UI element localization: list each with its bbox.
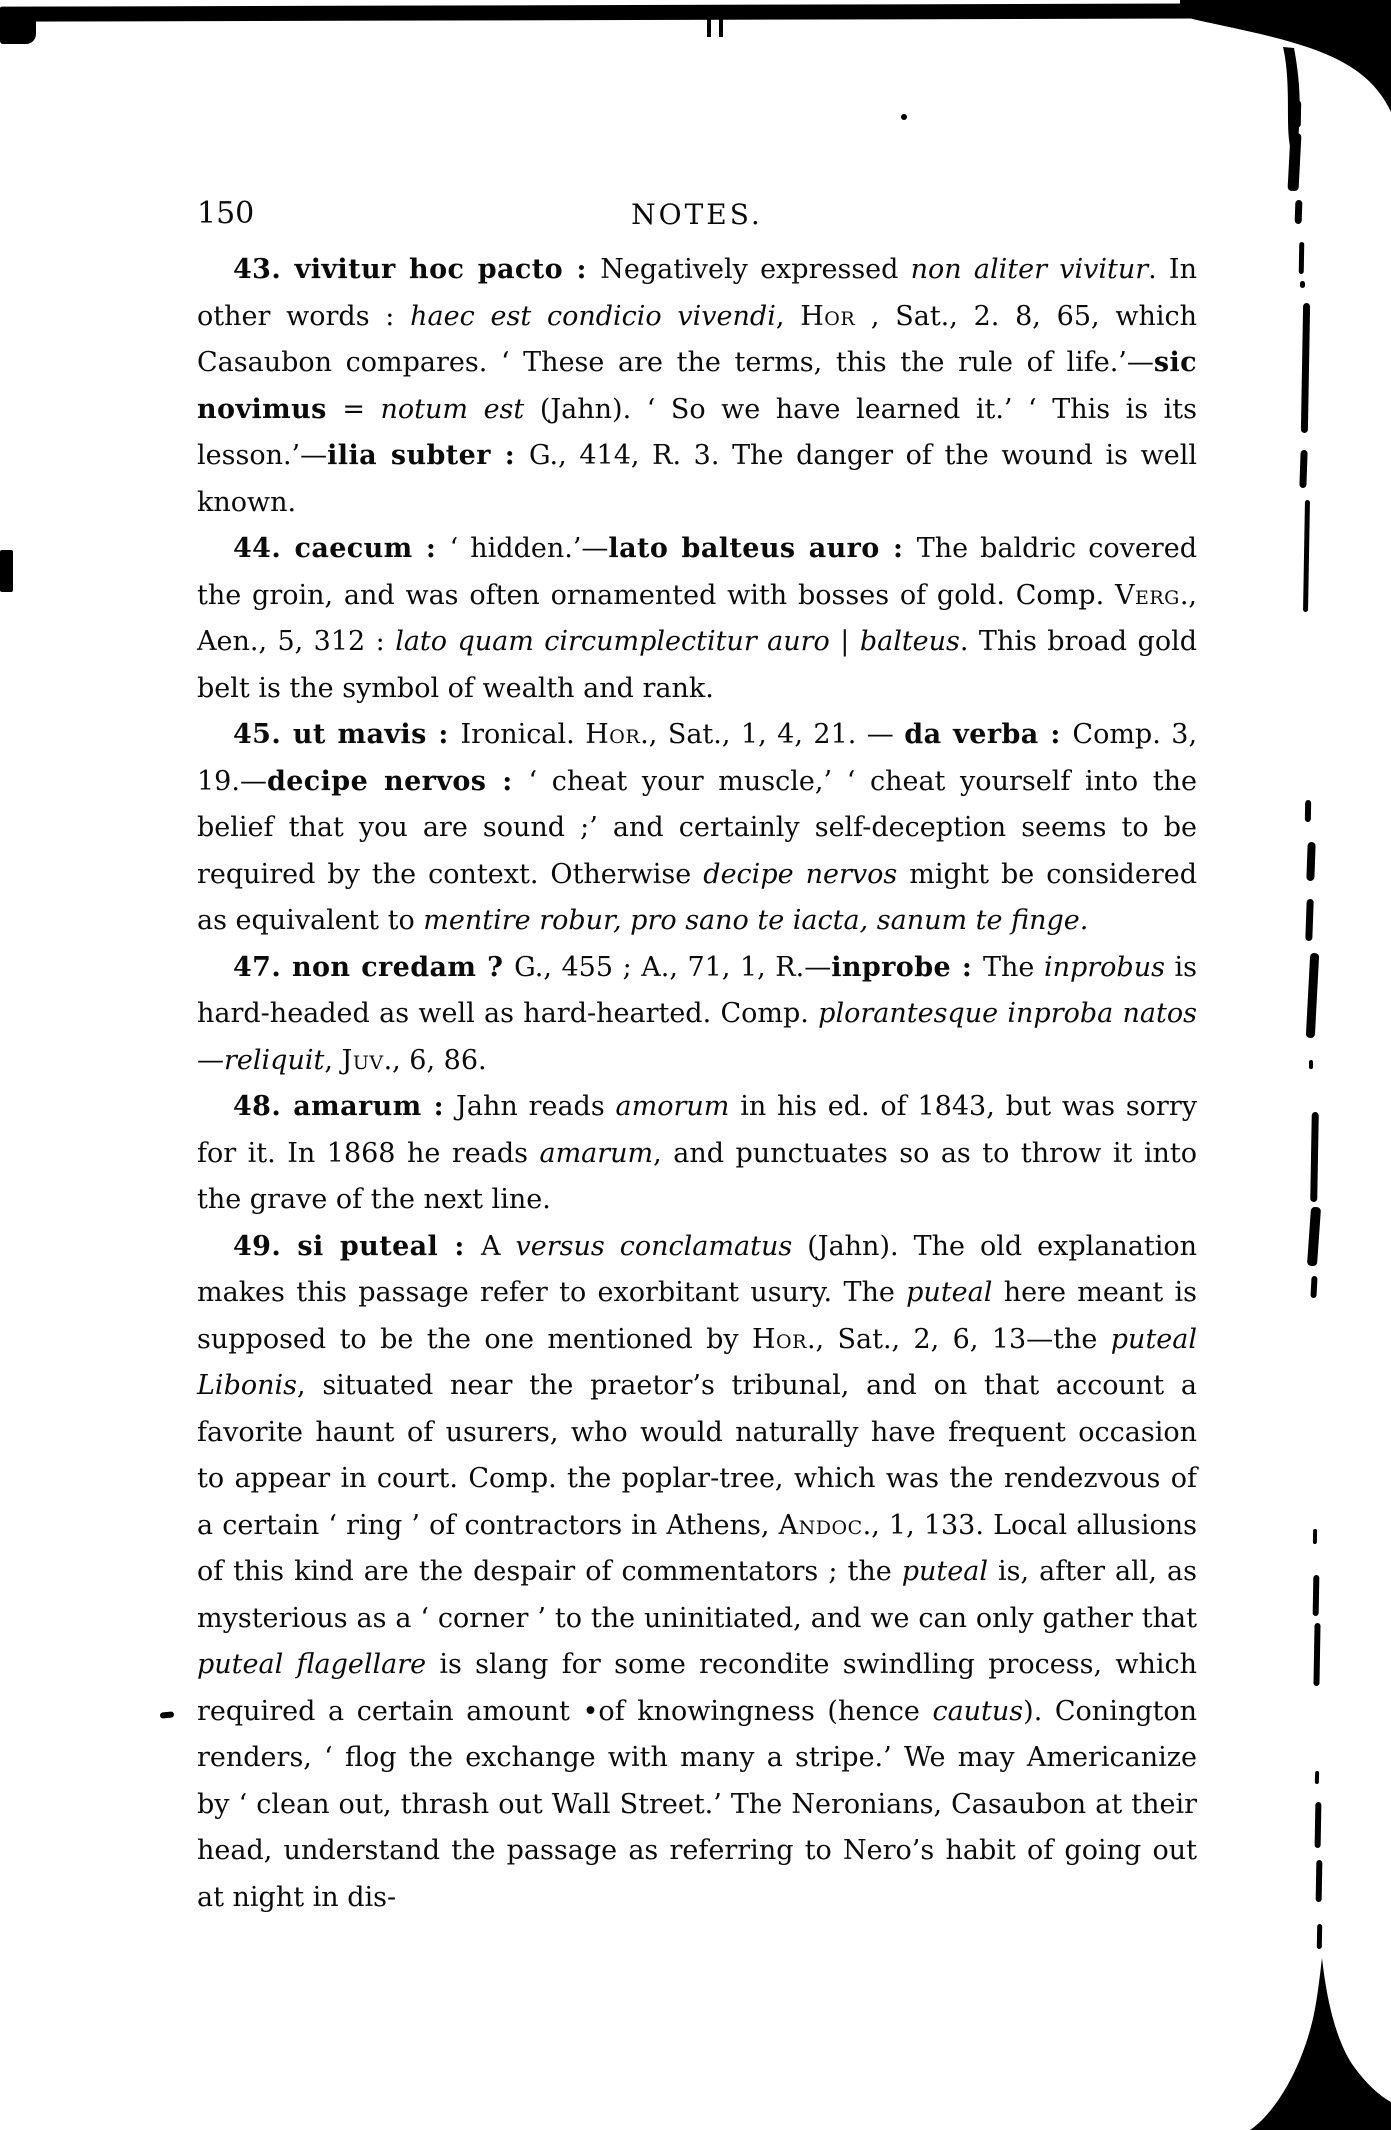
binding-shadow-mark bbox=[1309, 1060, 1313, 1069]
binding-shadow-mark bbox=[1313, 1575, 1320, 1616]
binding-shadow-mark bbox=[1310, 1112, 1319, 1202]
binding-shadow-mark bbox=[1299, 242, 1305, 274]
scan-top-left-blob bbox=[0, 16, 36, 44]
binding-shadow-mark bbox=[1299, 450, 1307, 488]
margin-dash-mark bbox=[160, 1711, 175, 1718]
binding-shadow-mark bbox=[1316, 1860, 1323, 1902]
note-47: 47. non credam ? G., 455 ; A., 71, 1, R.… bbox=[197, 945, 1197, 1085]
binding-shadow-mark bbox=[1305, 800, 1311, 822]
scan-top-edge-band bbox=[0, 3, 1262, 21]
binding-shadow-mark bbox=[1315, 1771, 1319, 1784]
binding-shadow-mark bbox=[1307, 1207, 1321, 1267]
binding-shadow-mark bbox=[1303, 500, 1310, 612]
binding-shadow-mark bbox=[1310, 1276, 1317, 1298]
scan-corner-fold-top-right bbox=[1180, 0, 1391, 200]
ink-dot bbox=[901, 114, 907, 120]
binding-shadow-mark bbox=[1306, 953, 1319, 1038]
scan-tick-mark bbox=[707, 12, 711, 37]
notes-body: 43. vivitur hoc pacto : Negatively expre… bbox=[197, 247, 1197, 1921]
note-43: 43. vivitur hoc pacto : Negatively expre… bbox=[197, 247, 1197, 526]
binding-shadow-mark bbox=[1313, 1623, 1320, 1686]
binding-shadow-mark bbox=[1306, 842, 1315, 881]
binding-shadow-mark bbox=[1295, 200, 1303, 224]
margin-ink-mark bbox=[0, 550, 13, 592]
binding-shadow-mark bbox=[1300, 281, 1305, 288]
binding-shadow-mark bbox=[1301, 303, 1310, 433]
binding-shadow-mark bbox=[1293, 100, 1301, 128]
note-44: 44. caecum : ‘ hidden.’—lato balteus aur… bbox=[197, 526, 1197, 712]
running-head: NOTES. bbox=[197, 198, 1197, 231]
scan-corner-fold-bottom-right bbox=[1240, 1952, 1391, 2130]
note-49: 49. si puteal : A versus conclamatus (Ja… bbox=[197, 1224, 1197, 1922]
note-45: 45. ut mavis : Ironical. Hor., Sat., 1, … bbox=[197, 712, 1197, 945]
binding-shadow-mark bbox=[1305, 899, 1313, 941]
scan-tick-mark bbox=[719, 12, 723, 37]
binding-shadow-mark bbox=[1317, 1924, 1322, 1949]
note-48: 48. amarum : Jahn reads amorum in his ed… bbox=[197, 1084, 1197, 1224]
binding-shadow-mark bbox=[1315, 1802, 1322, 1848]
book-page: 150 NOTES. 43. vivitur hoc pacto : Negat… bbox=[0, 0, 1391, 2130]
binding-shadow-mark bbox=[1313, 1529, 1317, 1544]
